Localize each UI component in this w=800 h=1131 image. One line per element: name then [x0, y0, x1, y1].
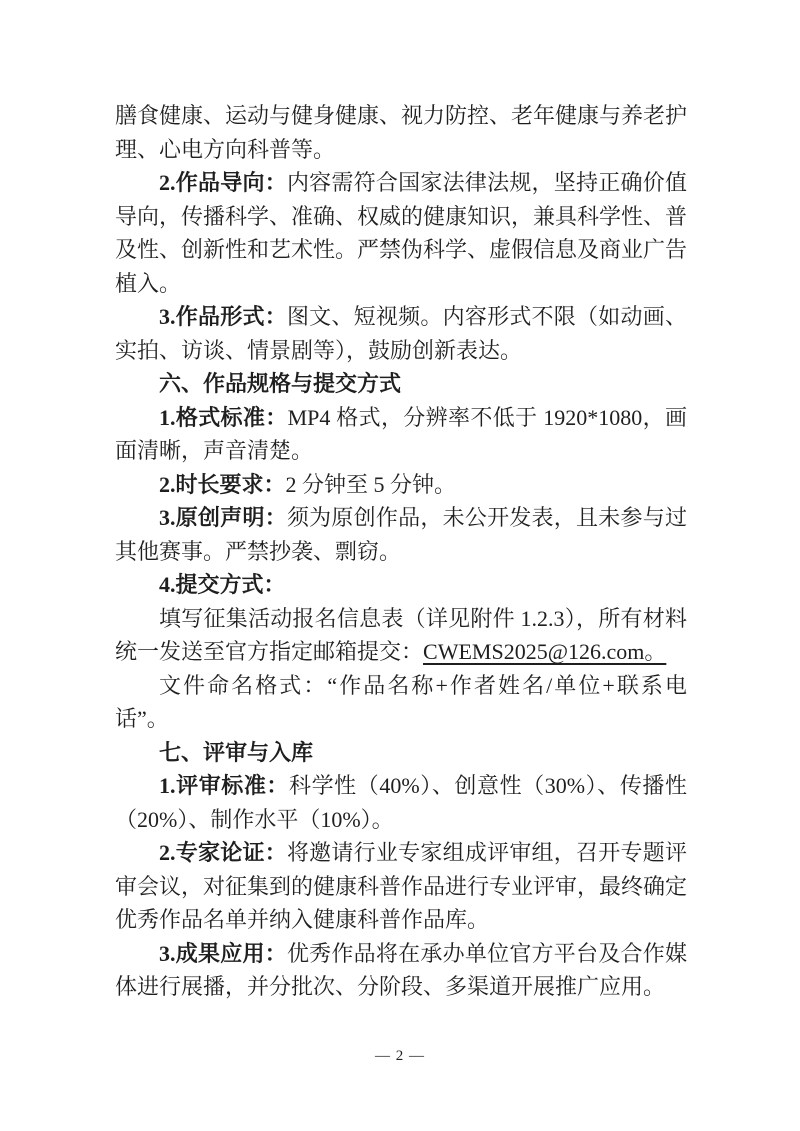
paragraph: 2.作品导向：内容需符合国家法律法规，坚持正确价值导向，传播科学、准确、权威的健…	[115, 166, 687, 300]
paragraph-label: 2.时长要求：	[159, 472, 286, 497]
email-link[interactable]: CWEMS2025@126.com。	[423, 639, 666, 664]
paragraph: 4.提交方式：	[115, 568, 687, 602]
paragraph: 2.专家论证：将邀请行业专家组成评审组，召开专题评审会议，对征集到的健康科普作品…	[115, 836, 687, 937]
page-number: — 2 —	[375, 1048, 425, 1064]
text-run: 膳食健康、运动与健身健康、视力防控、老年健康与养老护理、心电方向科普等。	[115, 103, 687, 162]
paragraph: 1.格式标准：MP4 格式，分辨率不低于 1920*1080，画面清晰，声音清楚…	[115, 401, 687, 468]
paragraph: 3.成果应用：优秀作品将在承办单位官方平台及合作媒体进行展播，并分批次、分阶段、…	[115, 937, 687, 1004]
paragraph: 填写征集活动报名信息表（详见附件 1.2.3），所有材料统一发送至官方指定邮箱提…	[115, 602, 687, 669]
paragraph-label: 4.提交方式：	[159, 572, 286, 597]
paragraph: 膳食健康、运动与健身健康、视力防控、老年健康与养老护理、心电方向科普等。	[115, 99, 687, 166]
text-run: 2 分钟至 5 分钟。	[286, 472, 457, 497]
paragraph-label: 2.专家论证：	[159, 840, 287, 865]
paragraph-label: 3.作品形式：	[159, 304, 287, 329]
paragraph-label: 七、评审与入库	[159, 740, 313, 765]
paragraph-label: 1.格式标准：	[159, 405, 288, 430]
paragraph: 2.时长要求：2 分钟至 5 分钟。	[115, 468, 687, 502]
paragraph-label: 1.评审标准：	[159, 773, 289, 798]
text-run: 文件命名格式：“作品名称+作者姓名/单位+联系电话”。	[115, 673, 687, 732]
document-body: 膳食健康、运动与健身健康、视力防控、老年健康与养老护理、心电方向科普等。2.作品…	[115, 99, 687, 1004]
paragraph-label: 六、作品规格与提交方式	[159, 371, 401, 396]
paragraph: 文件命名格式：“作品名称+作者姓名/单位+联系电话”。	[115, 669, 687, 736]
section-heading: 六、作品规格与提交方式	[115, 367, 687, 401]
section-heading: 七、评审与入库	[115, 736, 687, 770]
paragraph: 3.原创声明：须为原创作品，未公开发表，且未参与过其他赛事。严禁抄袭、剽窃。	[115, 501, 687, 568]
paragraph-label: 2.作品导向：	[159, 170, 287, 195]
paragraph: 1.评审标准：科学性（40%）、创意性（30%）、传播性（20%）、制作水平（1…	[115, 769, 687, 836]
paragraph-label: 3.成果应用：	[159, 941, 287, 966]
page-footer: — 2 —	[0, 1046, 800, 1066]
paragraph: 3.作品形式：图文、短视频。内容形式不限（如动画、实拍、访谈、情景剧等），鼓励创…	[115, 300, 687, 367]
paragraph-label: 3.原创声明：	[159, 505, 287, 530]
document-page: 膳食健康、运动与健身健康、视力防控、老年健康与养老护理、心电方向科普等。2.作品…	[0, 0, 800, 1131]
